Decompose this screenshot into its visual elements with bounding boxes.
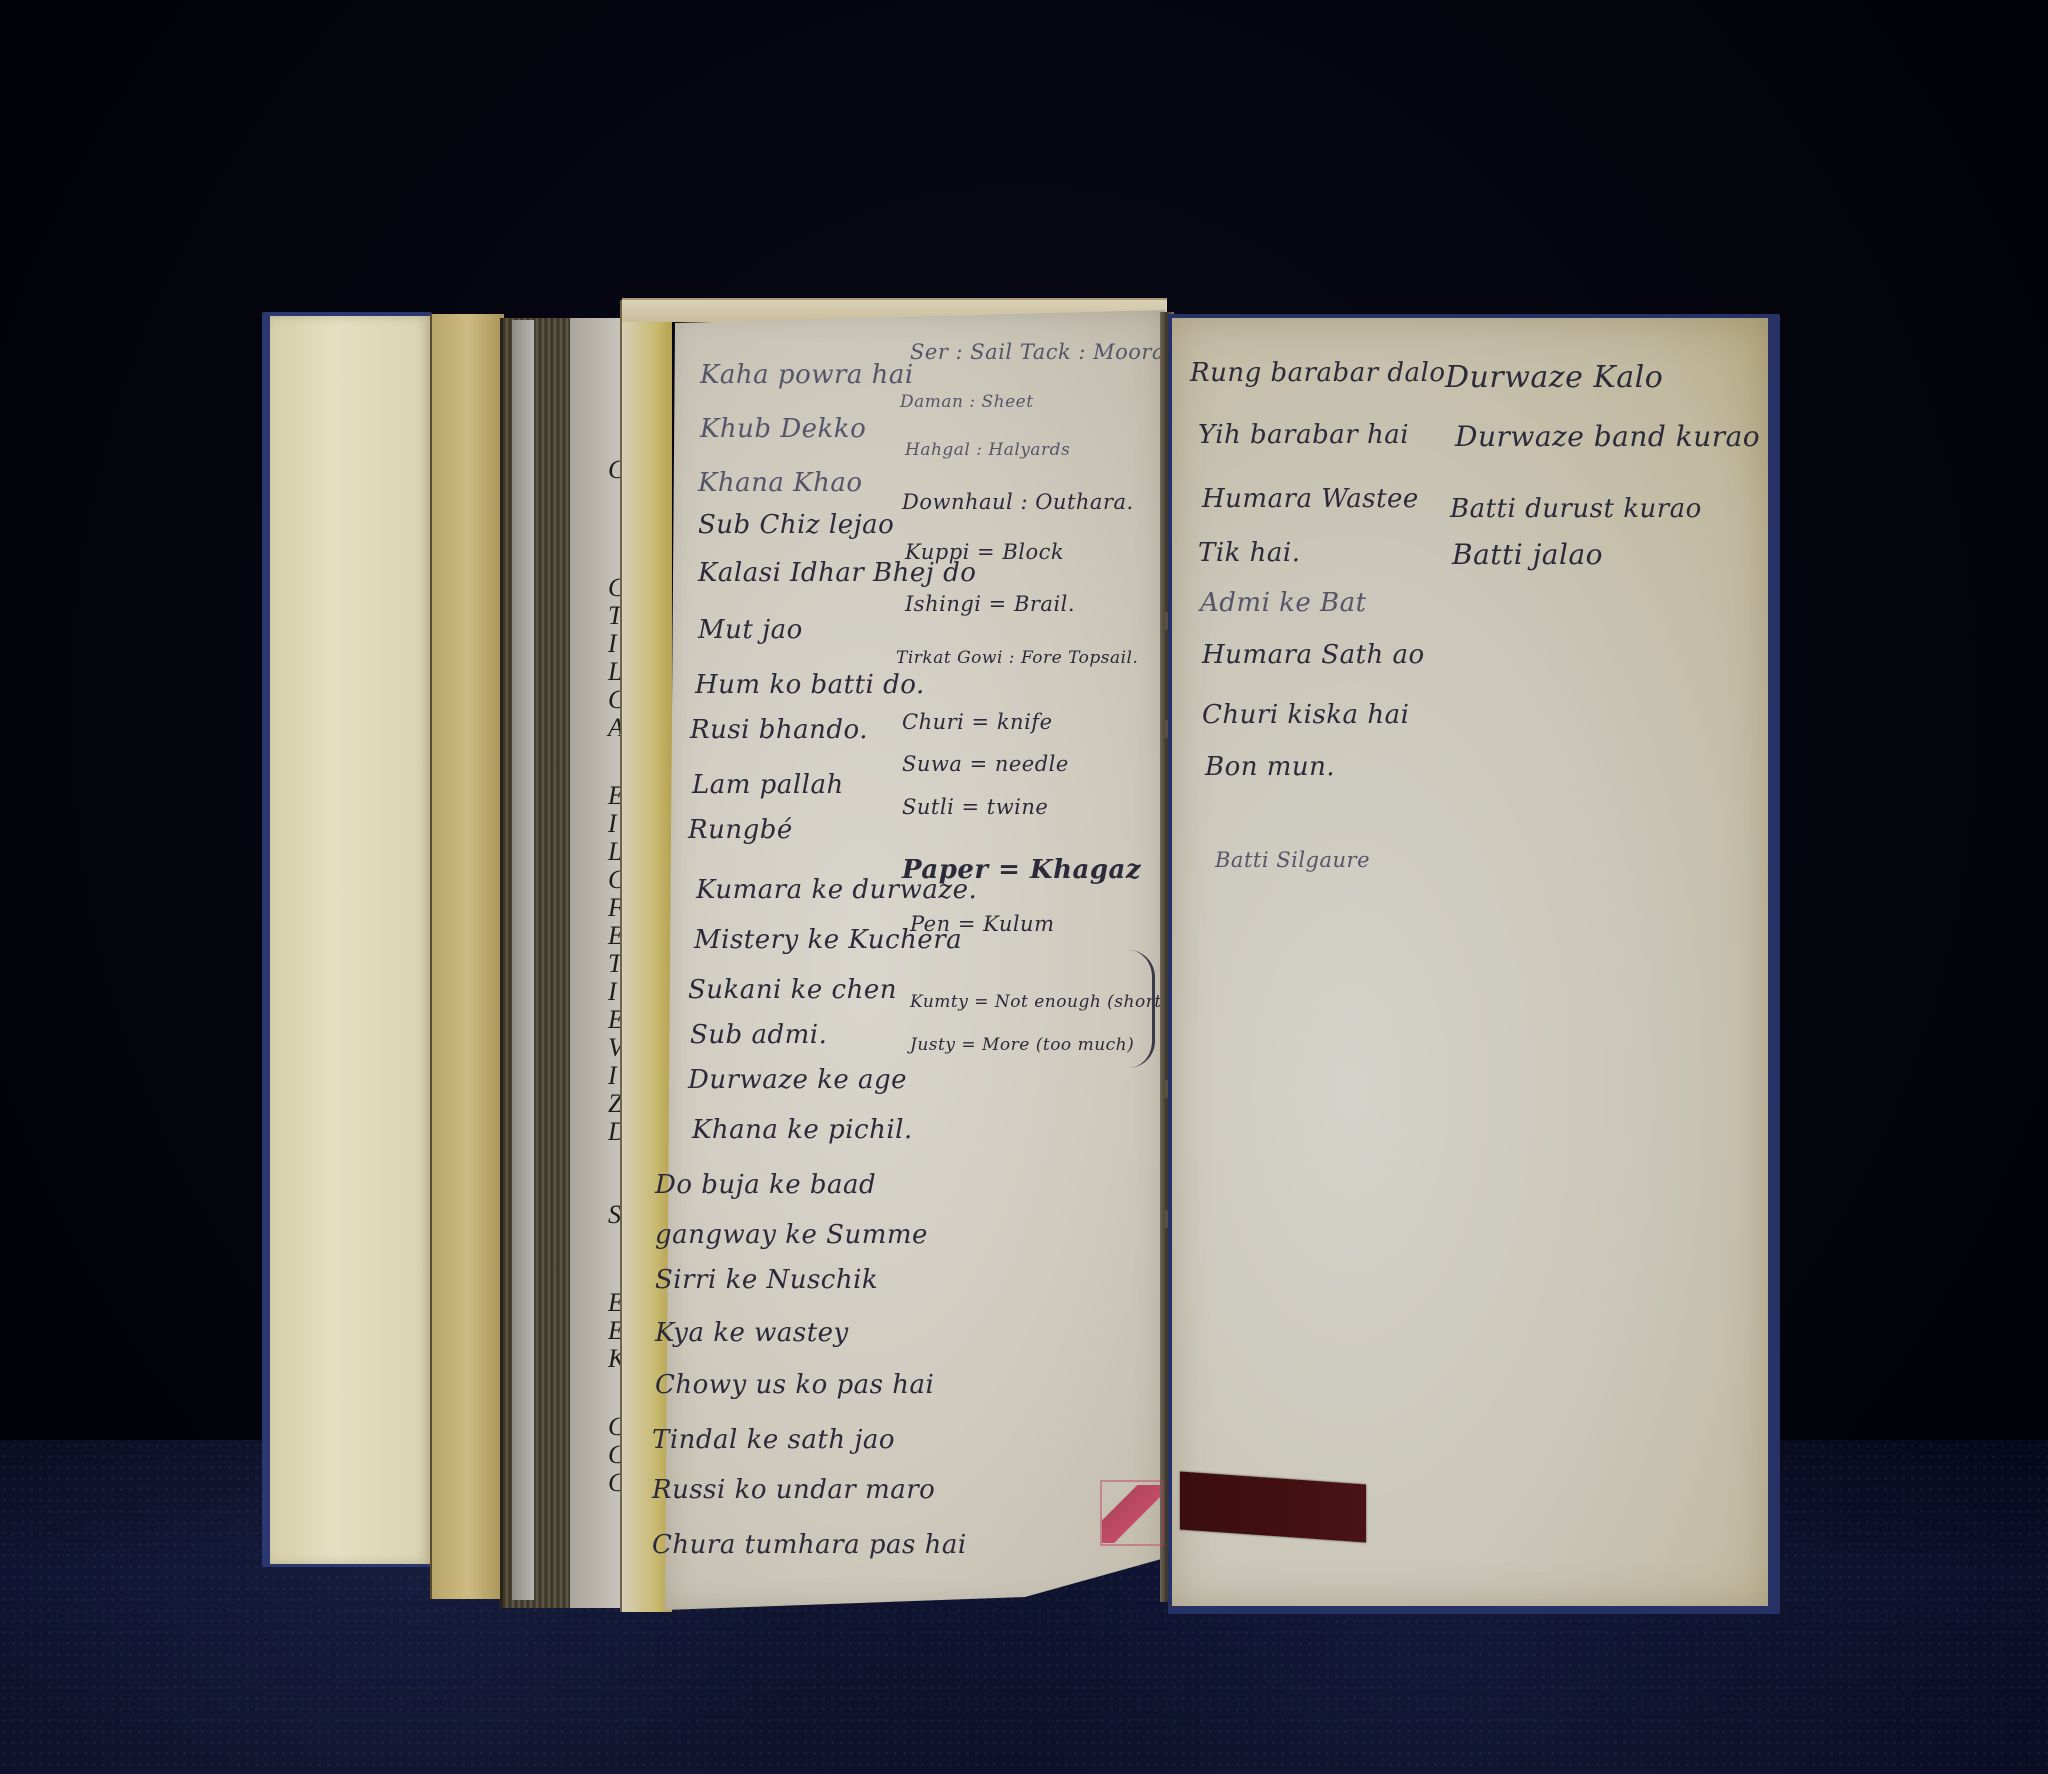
phrase: Durwaze band kurao [1455,420,1760,453]
printed-letter: L [608,658,620,686]
phrase: Batti jalao [1452,538,1603,571]
vocab-entry: Tirkat Gowi : Fore Topsail. [896,648,1138,668]
vocab-entry: Ser : Sail Tack : Moora [910,340,1165,364]
printed-letter: C [608,574,620,602]
flyleaf-left [270,316,432,1564]
vocab-entry: Paper = Khagaz [902,855,1141,885]
phrase: Humara Wastee [1202,484,1419,514]
printed-letter: F [608,894,620,922]
yellowed-page-edge [620,300,672,1612]
phrase: Khub Dekko [700,414,866,444]
red-ink-stamp [1102,1485,1160,1543]
page-block-edge [512,320,534,1600]
phrase: Kya ke wastey [655,1318,849,1348]
phrase: Tik hai. [1198,538,1301,568]
printed-letter: C [608,456,620,484]
phrase: Sub admi. [690,1020,827,1050]
vocab-entry: Churi = knife [902,710,1053,734]
printed-letter: C [608,686,620,714]
phrase: Churi kiska hai [1202,700,1409,730]
printed-letter: S [608,1201,620,1229]
vocab-entry: Hahgal : Halyards [905,440,1070,460]
vocab-entry: Justy = More (too much) [910,1035,1134,1055]
printed-letter: E [608,782,620,810]
phrase: Sukani ke chen [688,975,897,1005]
printed-letter: K [608,1345,620,1373]
phrase: Tindal ke sath jao [652,1425,895,1455]
printed-letter: D [608,1118,620,1146]
stained-endpaper [430,314,504,1599]
printed-letter: A [608,714,620,742]
printed-letter: E [608,1006,620,1034]
printed-letter: E [608,922,620,950]
phrase: Batti Silgaure [1215,848,1370,872]
phrase: Khana Khao [698,468,863,498]
printed-letter: C [608,866,620,894]
phrase: Chura tumhara pas hai [652,1530,967,1560]
printed-letter: G [608,1441,620,1469]
printed-letter: I [608,810,620,838]
phrase: Mut jao [698,615,803,645]
phrase: Kaha powra hai [700,360,914,390]
phrase: Batti durust kurao [1450,494,1702,524]
phrase: Hum ko batti do. [695,670,925,700]
printed-letter: G [608,1413,620,1441]
phrase: Admi ke Bat [1200,588,1367,618]
printed-letter: Z [608,1090,620,1118]
printed-letter: T [608,950,620,978]
printed-page-edge: CCTILCAEILCFETIEVIZDSEEKGGC [570,318,620,1608]
printed-letter: E [608,1289,620,1317]
printed-letter: C [608,1469,620,1497]
vocab-entry: Downhaul : Outhara. [902,490,1134,514]
phrase: Humara Sath ao [1202,640,1425,670]
phrase: Bon mun. [1205,752,1335,782]
page-block [500,318,573,1608]
phrase: Khana ke pichil. [692,1115,913,1145]
vocab-entry: Suwa = needle [902,752,1069,776]
phrase: Durwaze ke age [688,1065,907,1095]
phrase: Rungbé [688,815,793,845]
phrase: Chowy us ko pas hai [655,1370,934,1400]
phrase: Sirri ke Nuschik [655,1265,878,1295]
printed-letter: T [608,602,620,630]
phrase: Rusi bhando. [690,715,868,745]
handwritten-brace [1128,950,1155,1068]
phrase: Lam pallah [692,770,844,800]
printed-letter: E [608,1317,620,1345]
vocab-entry: Pen = Kulum [910,912,1055,936]
phrase: Sub Chiz lejao [698,510,894,540]
printed-letter: I [608,978,620,1006]
phrase: Russi ko undar maro [652,1475,935,1505]
printed-letter: V [608,1034,620,1062]
printed-letter: I [608,630,620,658]
printed-letters: CCTILCAEILCFETIEVIZDSEEKGGC [608,456,620,1497]
phrase: Do buja ke baad [655,1170,876,1200]
phrase: gangway ke Summe [655,1220,928,1250]
vocab-entry: Sutli = twine [902,795,1048,819]
printed-letter: I [608,1062,620,1090]
phrase: Yih barabar hai [1198,420,1409,450]
vocab-entry: Daman : Sheet [900,392,1034,412]
phrase: Durwaze Kalo [1445,360,1663,395]
phrase: Rung barabar dalo [1190,358,1446,388]
vocab-entry: Kuppi = Block [905,540,1064,564]
printed-letter: L [608,838,620,866]
vocab-entry: Ishingi = Brail. [905,592,1075,616]
